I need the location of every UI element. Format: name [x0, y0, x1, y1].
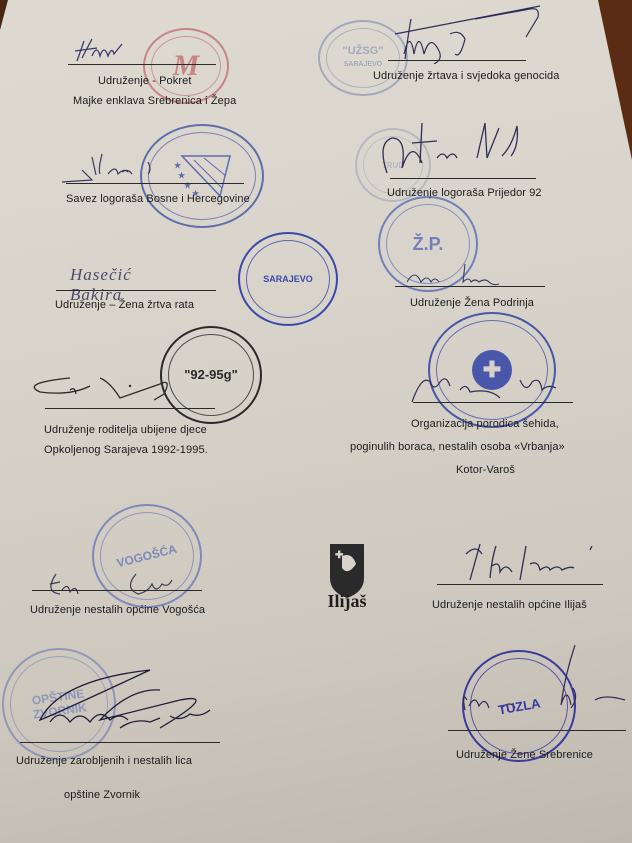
signature — [455, 640, 632, 730]
entry-label: Kotor-Varoš — [456, 464, 515, 476]
svg-text:★: ★ — [174, 161, 182, 170]
signature — [30, 368, 180, 408]
stamp-pokret-majke: M — [143, 28, 229, 104]
entry-label: Udruženje Žene Srebrenice — [456, 749, 593, 761]
entry-label: Opkoljenog Sarajeva 1992-1995. — [44, 444, 208, 456]
stamp-92-95g: "92-95g" — [160, 326, 262, 424]
entry-label: Udruženje roditelja ubijene djece — [44, 424, 207, 436]
entry-label: Udruženje nestalih općine Ilijaš — [432, 599, 587, 611]
signature — [46, 568, 196, 598]
entry-label: Udruženje – Žena žrtva rata — [55, 299, 194, 311]
signature — [405, 262, 515, 286]
signature — [390, 4, 550, 64]
signature — [460, 540, 600, 584]
stamp-sub-text: SARAJEVO — [344, 61, 383, 68]
entry-label: Udruženje logoraša Prijedor 92 — [387, 187, 542, 199]
entry-label: Udruženje nestalih općine Vogošća — [30, 604, 205, 616]
stamp-center-text: Ž.P. — [413, 234, 444, 255]
entry-label: poginulih boraca, nestalih osoba «Vrbanj… — [350, 441, 565, 453]
signature — [410, 370, 570, 406]
stamp-zena-zrtva-rata: SARAJEVO — [238, 232, 338, 326]
entry-label: Udruženje - Pokret — [98, 75, 192, 87]
stamp-center-text: Ilijaš — [327, 591, 366, 612]
signature — [382, 118, 542, 178]
entry-label: Udruženje zarobljenih i nestalih lica — [16, 755, 192, 767]
stamp-center-text: "UŽSG" — [343, 45, 384, 57]
stamp-center-text: "92-95g" — [184, 367, 238, 382]
bih-flag-icon: ★ ★ ★ ★ — [172, 154, 232, 198]
svg-text:★: ★ — [178, 171, 186, 180]
entry-label: Majke enklava Srebrenica i Žepa — [73, 95, 236, 107]
svg-text:✚: ✚ — [335, 550, 344, 561]
signature-page: M Udruženje - Pokret Majke enklava Srebr… — [0, 0, 632, 843]
entry-label: Savez logoraša Bosne i Hercegovine — [66, 193, 250, 205]
entry-label: Udruženje žrtava i svjedoka genocida — [373, 70, 559, 82]
stamp-ilijas: ✚ Ilijaš — [302, 522, 392, 614]
signature — [72, 36, 152, 66]
stamp-center-text: SARAJEVO — [263, 274, 313, 284]
signature — [20, 660, 230, 745]
entry-label: Udruženje Žena Podrinja — [410, 297, 534, 309]
entry-label: Organizacija porodica šehida, — [411, 418, 559, 430]
entry-label: opštine Zvornik — [64, 789, 140, 801]
